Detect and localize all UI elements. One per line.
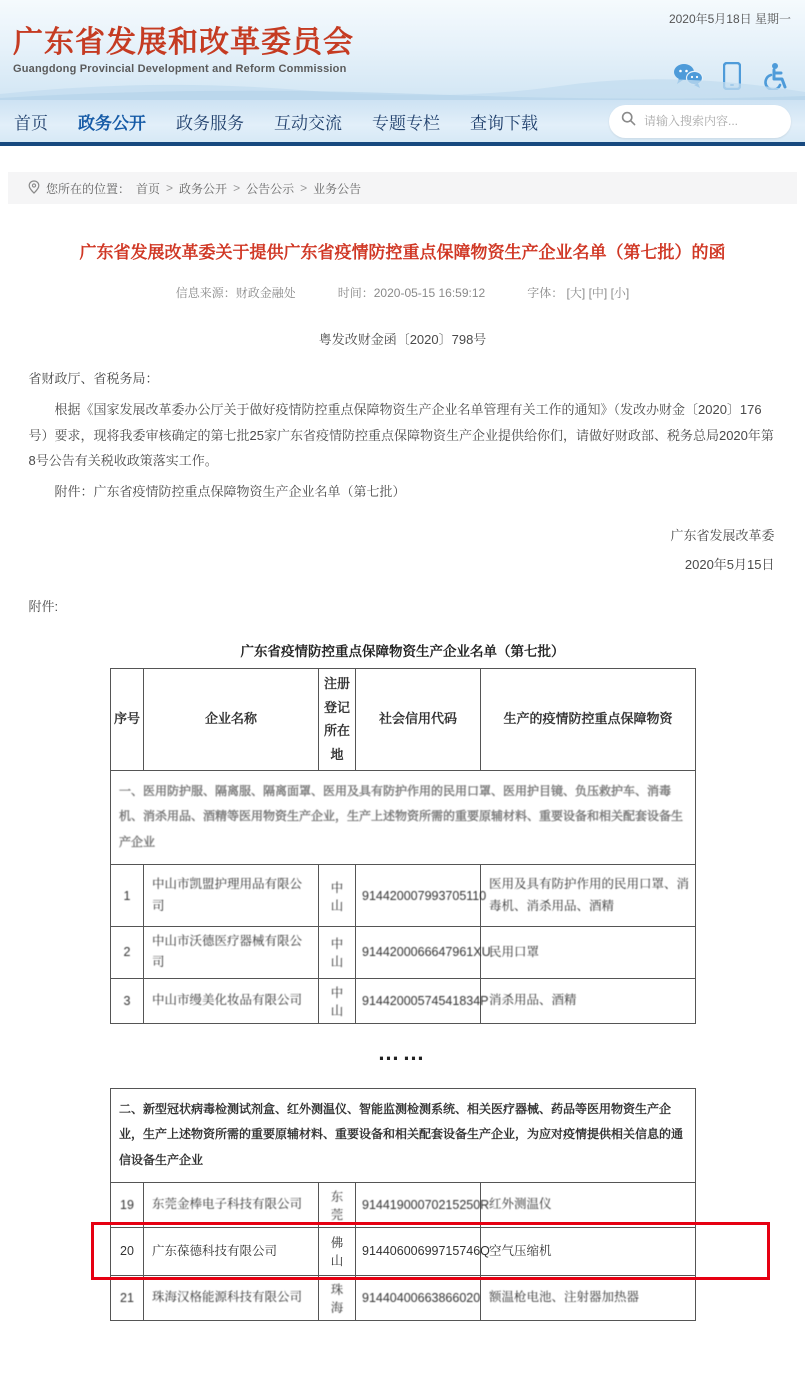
article: 广东省发展改革委关于提供广东省疫情防控重点保障物资生产企业名单（第七批）的函 信… bbox=[29, 240, 777, 620]
font-size-small-button[interactable]: [小] bbox=[611, 286, 630, 300]
cell-name: 中山市沃德医疗器械有限公司 bbox=[144, 927, 319, 979]
main-nav: 首页 政务公开 政务服务 互动交流 专题专栏 查询下载 bbox=[0, 100, 805, 146]
cell-name: 中山市凯盟护理用品有限公司 bbox=[144, 865, 319, 927]
article-source: 信息来源：财政金融处 bbox=[176, 284, 296, 301]
breadcrumb-gov-disclosure[interactable]: 政务公开 bbox=[179, 180, 227, 197]
cell-seq: 19 bbox=[111, 1182, 144, 1227]
cell-name: 中山市缦美化妆品有限公司 bbox=[144, 978, 319, 1023]
attachment-reference: 附件：广东省疫情防控重点保障物资生产企业名单（第七批） bbox=[29, 479, 777, 504]
cell-goods: 医用及具有防护作用的民用口罩、消毒机、消杀用品、酒精 bbox=[481, 865, 696, 927]
cell-city: 佛山 bbox=[319, 1227, 356, 1275]
cell-city: 珠海 bbox=[319, 1275, 356, 1320]
cell-seq: 20 bbox=[111, 1227, 144, 1275]
enterprise-table-part1: 序号 企业名称 注册登记所在地 社会信用代码 生产的疫情防控重点保障物资 一、医… bbox=[110, 668, 696, 1024]
cell-code: 91441900070215250R bbox=[356, 1182, 481, 1227]
table-header-row: 序号 企业名称 注册登记所在地 社会信用代码 生产的疫情防控重点保障物资 bbox=[111, 668, 696, 770]
table-row: 19 东莞金棒电子科技有限公司 东莞 91441900070215250R 红外… bbox=[111, 1182, 696, 1227]
cell-code: 914420007993705110 bbox=[356, 865, 481, 927]
section-2-text: 二、新型冠状病毒检测试剂盒、红外测温仪、智能监测检测系统、相关医疗器械、药品等医… bbox=[111, 1088, 696, 1182]
site-name: 广东省发展和改革委员会 bbox=[13, 26, 354, 59]
signature-block: 广东省发展改革委 2020年5月15日 bbox=[29, 521, 777, 581]
header-date: 2020年5月18日 星期一 bbox=[669, 10, 791, 27]
nav-item-interaction[interactable]: 互动交流 bbox=[274, 109, 342, 134]
salutation: 省财政厅、省税务局： bbox=[29, 366, 777, 391]
cell-city: 中山 bbox=[319, 978, 356, 1023]
cell-name: 珠海汉格能源科技有限公司 bbox=[144, 1275, 319, 1320]
cell-code: 91442000574541834P bbox=[356, 978, 481, 1023]
ellipsis-separator: …… bbox=[110, 1040, 695, 1066]
breadcrumb-business-notice[interactable]: 业务公告 bbox=[313, 180, 361, 197]
signature-date: 2020年5月15日 bbox=[29, 550, 775, 580]
cell-seq: 3 bbox=[111, 978, 144, 1023]
breadcrumb: 您所在的位置： 首页 > 政务公开 > 公告公示 > 业务公告 bbox=[8, 172, 797, 204]
cell-city: 东莞 bbox=[319, 1182, 356, 1227]
signer-name: 广东省发展改革委 bbox=[29, 521, 775, 551]
cell-goods: 额温枪电池、注射器加热器 bbox=[481, 1275, 696, 1320]
nav-item-special-topics[interactable]: 专题专栏 bbox=[372, 109, 440, 134]
attachment-image: 广东省疫情防控重点保障物资生产企业名单（第七批） 序号 企业名称 注册登记所在地… bbox=[110, 640, 695, 1321]
col-seq: 序号 bbox=[111, 668, 144, 770]
cell-seq: 1 bbox=[111, 865, 144, 927]
table-row: 21 珠海汉格能源科技有限公司 珠海 91440400663866020 额温枪… bbox=[111, 1275, 696, 1320]
page-title: 广东省发展改革委关于提供广东省疫情防控重点保障物资生产企业名单（第七批）的函 bbox=[29, 240, 777, 266]
cell-seq: 21 bbox=[111, 1275, 144, 1320]
cell-code: 91440400663866020 bbox=[356, 1275, 481, 1320]
table2-wrapper: 二、新型冠状病毒检测试剂盒、红外测温仪、智能监测检测系统、相关医疗器械、药品等医… bbox=[110, 1088, 695, 1321]
header-wave-decoration bbox=[0, 74, 805, 100]
breadcrumb-home[interactable]: 首页 bbox=[136, 180, 160, 197]
table-row: 2 中山市沃德医疗器械有限公司 中山 9144200066647961XU 民用… bbox=[111, 927, 696, 979]
cell-name: 广东葆德科技有限公司 bbox=[144, 1227, 319, 1275]
site-logo[interactable]: 广东省发展和改革委员会 Guangdong Provincial Develop… bbox=[13, 26, 354, 75]
cell-code: 9144200066647961XU bbox=[356, 927, 481, 979]
search-input[interactable] bbox=[644, 114, 769, 128]
breadcrumb-prefix: 您所在的位置： bbox=[46, 180, 130, 197]
section-row-1: 一、医用防护服、隔离服、隔离面罩、医用及具有防护作用的民用口罩、医用护目镜、负压… bbox=[111, 770, 696, 864]
cell-goods: 民用口罩 bbox=[481, 927, 696, 979]
nav-item-gov-disclosure[interactable]: 政务公开 bbox=[78, 109, 146, 134]
font-size-medium-button[interactable]: [中] bbox=[589, 286, 608, 300]
cell-goods: 空气压缩机 bbox=[481, 1227, 696, 1275]
enterprise-table-part2: 二、新型冠状病毒检测试剂盒、红外测温仪、智能监测检测系统、相关医疗器械、药品等医… bbox=[110, 1088, 696, 1321]
cell-city: 中山 bbox=[319, 927, 356, 979]
font-size-label: 字体： bbox=[527, 286, 563, 300]
document-number: 粤发改财金函〔2020〕798号 bbox=[29, 327, 777, 352]
location-pin-icon bbox=[28, 180, 40, 197]
cell-seq: 2 bbox=[111, 927, 144, 979]
table-row: 3 中山市缦美化妆品有限公司 中山 91442000574541834P 消杀用… bbox=[111, 978, 696, 1023]
table-row-highlighted: 20 广东葆德科技有限公司 佛山 91440600699715746Q 空气压缩… bbox=[111, 1227, 696, 1275]
cell-goods: 消杀用品、酒精 bbox=[481, 978, 696, 1023]
col-goods: 生产的疫情防控重点保障物资 bbox=[481, 668, 696, 770]
breadcrumb-announcements[interactable]: 公告公示 bbox=[246, 180, 294, 197]
attachment-label: 附件: bbox=[29, 594, 777, 619]
cell-goods: 红外测温仪 bbox=[481, 1182, 696, 1227]
nav-item-downloads[interactable]: 查询下载 bbox=[470, 109, 538, 134]
font-size-large-button[interactable]: [大] bbox=[567, 286, 586, 300]
site-header: 2020年5月18日 星期一 广东省发展和改革委员会 Guangdong Pro… bbox=[0, 0, 805, 100]
col-name: 企业名称 bbox=[144, 668, 319, 770]
search-icon bbox=[621, 111, 636, 131]
font-size-controls: 字体： [大] [中] [小] bbox=[527, 284, 629, 301]
article-meta: 信息来源：财政金融处 时间：2020-05-15 16:59:12 字体： [大… bbox=[29, 284, 777, 301]
section-1-text: 一、医用防护服、隔离服、隔离面罩、医用及具有防护作用的民用口罩、医用护目镜、负压… bbox=[111, 770, 696, 864]
section-row-2: 二、新型冠状病毒检测试剂盒、红外测温仪、智能监测检测系统、相关医疗器械、药品等医… bbox=[111, 1088, 696, 1182]
cell-name: 东莞金棒电子科技有限公司 bbox=[144, 1182, 319, 1227]
table-row: 1 中山市凯盟护理用品有限公司 中山 914420007993705110 医用… bbox=[111, 865, 696, 927]
cell-code: 91440600699715746Q bbox=[356, 1227, 481, 1275]
cell-city: 中山 bbox=[319, 865, 356, 927]
article-time: 时间：2020-05-15 16:59:12 bbox=[338, 284, 485, 301]
table-title: 广东省疫情防控重点保障物资生产企业名单（第七批） bbox=[110, 640, 695, 660]
nav-item-gov-services[interactable]: 政务服务 bbox=[176, 109, 244, 134]
article-body-paragraph: 根据《国家发展改革委办公厅关于做好疫情防控重点保障物资生产企业名单管理有关工作的… bbox=[29, 397, 777, 473]
col-code: 社会信用代码 bbox=[356, 668, 481, 770]
page: 2020年5月18日 星期一 广东省发展和改革委员会 Guangdong Pro… bbox=[0, 0, 805, 1381]
nav-item-home[interactable]: 首页 bbox=[14, 109, 48, 134]
col-city: 注册登记所在地 bbox=[319, 668, 356, 770]
search-box[interactable] bbox=[609, 105, 791, 138]
